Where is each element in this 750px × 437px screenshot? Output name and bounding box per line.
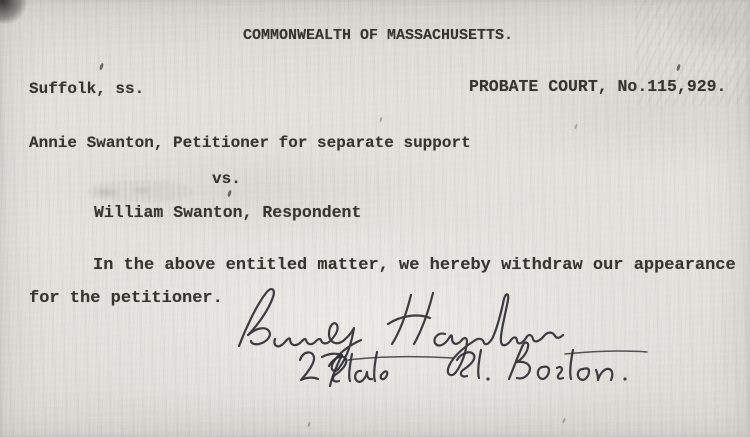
stray-ink-mark: [307, 422, 310, 427]
signature-crossbar-stroke: [565, 351, 647, 354]
signature-address-text: 27 State St. Boston.: [225, 397, 226, 398]
court-docket-line: PROBATE COURT, No.115,929.: [469, 78, 726, 97]
respondent-caption-line: William Swanton, Respondent: [94, 204, 361, 223]
signature-period-dot: [486, 377, 489, 380]
signature-address-stroke: [329, 352, 387, 382]
stray-ink-mark: [562, 418, 565, 423]
scan-corner-artifact: [0, 0, 27, 23]
signature-address-stroke: [509, 343, 612, 380]
signature-period-dot: [623, 377, 626, 380]
signature-name-text: Burrage Hayden: [225, 397, 226, 398]
versus-line: vs.: [212, 170, 241, 188]
stray-ink-mark: [574, 124, 577, 129]
scanned-court-document: COMMONWEALTH OF MASSACHUSETTS. Suffolk, …: [0, 0, 750, 437]
stray-ink-mark: [379, 117, 382, 122]
erased-text-smudge: [88, 181, 192, 202]
stray-ink-mark: [227, 190, 232, 198]
signature-crossbar-stroke: [348, 357, 453, 360]
signature-handwriting: Burrage Hayden, 27 State St. Boston.: [225, 282, 655, 397]
signature-name-stroke: [388, 293, 563, 375]
jurisdiction-line: Suffolk, ss.: [29, 80, 144, 98]
body-text-line-1: In the above entitled matter, we hereby …: [93, 256, 736, 276]
signature-block: Burrage Hayden, 27 State St. Boston. Bur…: [225, 282, 655, 397]
document-title: COMMONWEALTH OF MASSACHUSETTS.: [243, 27, 513, 44]
petitioner-caption-line: Annie Swanton, Petitioner for separate s…: [29, 134, 471, 152]
body-text-line-2: for the petitioner.: [29, 289, 223, 309]
stray-ink-mark: [99, 63, 104, 71]
